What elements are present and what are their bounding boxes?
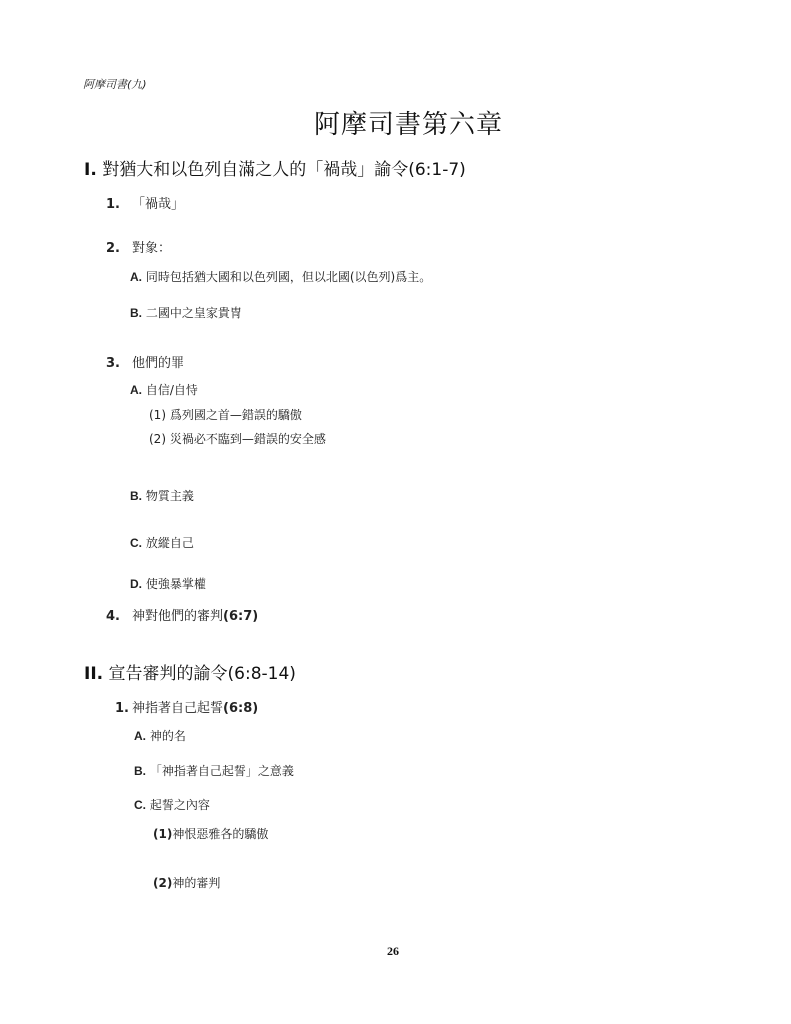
outline-item: 4.神對他們的審判(6:7) [106,605,258,624]
subitem-letter: C. [134,798,146,812]
outline-subitem: C. 起誓之內容 [134,796,210,813]
subitem-letter: B. [134,764,146,778]
subsubitem-text: 災禍必不臨到—錯誤的安全感 [170,432,326,446]
outline-subsubitem: (1)神恨惡雅各的驕傲 [153,825,268,842]
subitem-text: 二國中之皇家貴冑 [146,306,242,320]
subsubitem-number: (2) [149,432,166,446]
outline-subitem: B. 二國中之皇家貴冑 [130,304,242,321]
outline-subitem: C. 放縱自己 [130,534,194,551]
outline-subitem: B. 物質主義 [130,487,194,504]
page-number: 26 [387,944,399,959]
subsubitem-number: (2) [153,876,172,890]
subitem-text: 放縱自己 [146,536,194,550]
subitem-text: 神的名 [150,729,186,743]
item-text: 神對他們的審判 [132,609,223,624]
scripture-ref: (6:7) [223,609,258,624]
subsubitem-number: (1) [149,408,166,422]
subsubitem-text: 神的審判 [172,876,220,890]
chapter-title: 阿摩司書第六章 [314,104,503,141]
subitem-text: 「神指著自己起誓」之意義 [150,764,294,778]
subitem-letter: A. [130,383,142,397]
section-heading-2: II. 宣告審判的諭令(6:8-14) [84,659,296,684]
subitem-letter: A. [130,270,142,284]
outline-subitem: A. 自信/自恃 [130,381,198,398]
outline-item: 1.「禍哉」 [106,193,184,212]
item-text: 對象： [132,241,171,256]
item-number: 4. [106,609,132,624]
outline-item: 3.他們的罪 [106,352,184,371]
item-text: 「禍哉」 [132,197,184,212]
subsubitem-number: (1) [153,827,172,841]
subitem-letter: D. [130,577,142,591]
outline-subsubitem: (1) 爲列國之首—錯誤的驕傲 [149,406,302,423]
item-number: 1. [106,197,132,212]
item-number: 3. [106,356,132,371]
section-number: I. [84,160,97,180]
subsubitem-text: 神恨惡雅各的驕傲 [172,827,268,841]
outline-subsubitem: (2) 災禍必不臨到—錯誤的安全感 [149,430,326,447]
running-header: 阿摩司書(九) [83,76,147,92]
outline-subsubitem: (2)神的審判 [153,874,220,891]
subitem-text: 自信/自恃 [146,383,198,397]
subsubitem-text: 爲列國之首—錯誤的驕傲 [170,408,302,422]
item-number: 1. [115,701,132,716]
item-text: 他們的罪 [132,356,184,371]
section-number: II. [84,664,103,684]
subitem-text: 使強暴掌權 [146,577,206,591]
outline-subitem: A. 同時包括猶大國和以色列國，但以北國(以色列)爲主。 [130,268,431,285]
subitem-text: 起誓之內容 [150,798,210,812]
section-title: 對猶大和以色列自滿之人的「禍哉」諭令(6:1-7) [102,160,466,180]
subitem-letter: B. [130,489,142,503]
outline-subitem: B. 「神指著自己起誓」之意義 [134,762,294,779]
item-number: 2. [106,241,132,256]
outline-subitem: A. 神的名 [134,727,186,744]
subitem-letter: A. [134,729,146,743]
section-heading-1: I. 對猶大和以色列自滿之人的「禍哉」諭令(6:1-7) [84,155,466,180]
item-text: 神指著自己起誓 [132,701,223,716]
scripture-ref: (6:8) [223,701,258,716]
outline-item: 2.對象： [106,237,171,256]
subitem-text: 物質主義 [146,489,194,503]
outline-item: 1.神指著自己起誓(6:8) [115,697,258,716]
subitem-text: 同時包括猶大國和以色列國，但以北國(以色列)爲主。 [146,270,431,284]
outline-subitem: D. 使強暴掌權 [130,575,206,592]
subitem-letter: C. [130,536,142,550]
section-title: 宣告審判的諭令(6:8-14) [109,664,296,684]
subitem-letter: B. [130,306,142,320]
